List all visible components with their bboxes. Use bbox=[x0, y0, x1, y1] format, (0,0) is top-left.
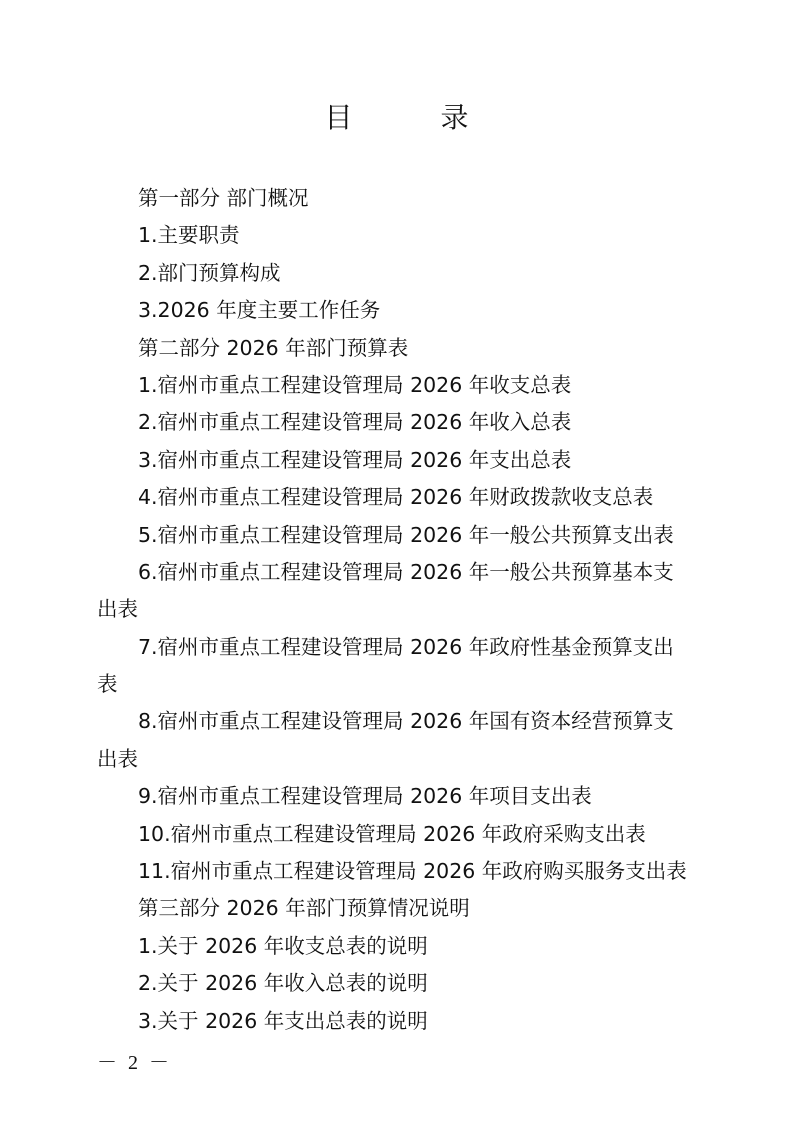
table-of-contents: 第一部分 部门概况 1.主要职责 2.部门预算构成 3.2026 年度主要工作任… bbox=[97, 180, 697, 1040]
toc-part-2: 第二部分 2026 年部门预算表 bbox=[97, 330, 697, 367]
toc-item: 7.宿州市重点工程建设管理局 2026 年政府性基金预算支出 bbox=[97, 629, 697, 666]
toc-item: 5.宿州市重点工程建设管理局 2026 年一般公共预算支出表 bbox=[97, 517, 697, 554]
toc-item-continuation: 表 bbox=[97, 666, 697, 703]
toc-item: 3.2026 年度主要工作任务 bbox=[97, 292, 697, 329]
page-title: 目 录 bbox=[0, 96, 793, 136]
toc-part-3: 第三部分 2026 年部门预算情况说明 bbox=[97, 890, 697, 927]
toc-item-continuation: 出表 bbox=[97, 591, 697, 628]
toc-item: 6.宿州市重点工程建设管理局 2026 年一般公共预算基本支 bbox=[97, 554, 697, 591]
toc-item: 2.关于 2026 年收入总表的说明 bbox=[97, 965, 697, 1002]
toc-item: 4.宿州市重点工程建设管理局 2026 年财政拨款收支总表 bbox=[97, 479, 697, 516]
toc-item: 1.关于 2026 年收支总表的说明 bbox=[97, 928, 697, 965]
toc-item: 2.部门预算构成 bbox=[97, 255, 697, 292]
toc-part-1: 第一部分 部门概况 bbox=[97, 180, 697, 217]
toc-item: 10.宿州市重点工程建设管理局 2026 年政府采购支出表 bbox=[97, 816, 697, 853]
toc-item: 3.宿州市重点工程建设管理局 2026 年支出总表 bbox=[97, 442, 697, 479]
page-number: － 2 － bbox=[97, 1046, 169, 1075]
toc-item: 1.主要职责 bbox=[97, 217, 697, 254]
toc-item: 8.宿州市重点工程建设管理局 2026 年国有资本经营预算支 bbox=[97, 703, 697, 740]
toc-item: 9.宿州市重点工程建设管理局 2026 年项目支出表 bbox=[97, 778, 697, 815]
toc-item: 1.宿州市重点工程建设管理局 2026 年收支总表 bbox=[97, 367, 697, 404]
toc-item: 3.关于 2026 年支出总表的说明 bbox=[97, 1003, 697, 1040]
toc-item-continuation: 出表 bbox=[97, 741, 697, 778]
toc-item: 2.宿州市重点工程建设管理局 2026 年收入总表 bbox=[97, 404, 697, 441]
toc-item: 11.宿州市重点工程建设管理局 2026 年政府购买服务支出表 bbox=[97, 853, 697, 890]
